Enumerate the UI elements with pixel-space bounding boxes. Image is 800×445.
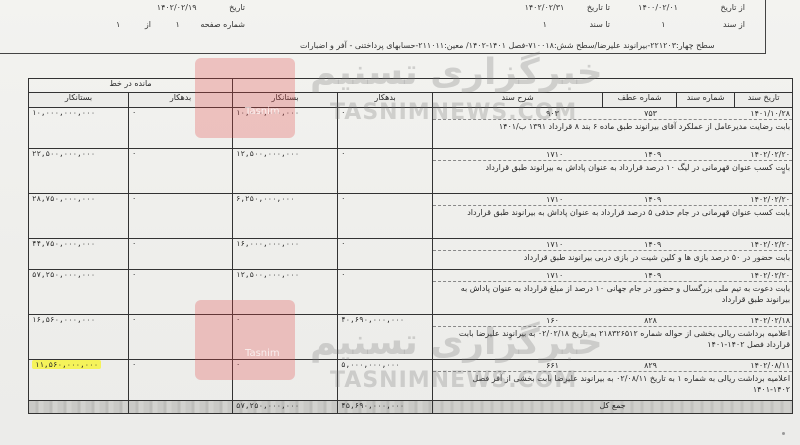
print-date-field: تاریخ ۱۴۰۲/۰۲/۱۹ xyxy=(157,3,245,12)
to-doc-value: ۱ xyxy=(543,20,547,29)
entry-info: ۱۴۰۲/۰۲/۲۰ ۱۴۰۹ ۱۷۱۰ بابت حضور در ۵۰ درص… xyxy=(433,239,793,270)
highlighted-balance: ۱۱,۵۶۰,۰۰۰,۰۰۰ xyxy=(32,360,101,369)
doc-description: بابت کسب عنوان قهرمانی در لیگ ۱۰ درصد قر… xyxy=(433,161,792,174)
table-row: ۱۴۰۲/۰۲/۲۰ ۱۴۰۹ ۱۷۱۰ بابت دعوت به تیم مل… xyxy=(29,270,793,315)
balance-credit-cell: ۴۴,۷۵۰,۰۰۰,۰۰۰ xyxy=(29,239,129,270)
entry-header-line: ۱۴۰۲/۰۲/۲۰ ۱۴۰۹ ۱۷۱۰ xyxy=(433,194,792,206)
doc-number: ۸۲۸ xyxy=(644,316,702,325)
doc-date: ۱۴۰۱/۱۰/۲۸ xyxy=(730,109,790,118)
to-date-value: ۱۴۰۲/۰۲/۳۱ xyxy=(525,3,565,12)
watermark-brand: خبرگزاری تسنیم xyxy=(310,322,603,363)
doc-number: ۱۴۰۹ xyxy=(644,240,702,249)
entry-info: ۱۴۰۲/۰۲/۲۰ ۱۴۰۹ ۱۷۱۰ بابت دعوت به تیم مل… xyxy=(433,270,793,315)
doc-number: ۱۴۰۹ xyxy=(644,195,702,204)
doc-description: بابت دعوت به تیم ملی بزرگسال و حضور در ج… xyxy=(433,282,792,306)
debit-cell: ۰ xyxy=(338,270,433,315)
doc-number: ۱۴۰۹ xyxy=(644,150,702,159)
col-ref-number: شماره عطف xyxy=(603,93,677,108)
to-date-label: تا تاریخ xyxy=(587,3,610,12)
table-row: ۱۴۰۲/۰۲/۲۰ ۱۴۰۹ ۱۷۱۰ بابت حضور در ۵۰ درص… xyxy=(29,239,793,270)
balance-credit-cell: ۵۷,۲۵۰,۰۰۰,۰۰۰ xyxy=(29,270,129,315)
watermark-site: TASNIMNEWS.COM xyxy=(330,368,577,393)
ref-number: ۱۷۱۰ xyxy=(546,271,616,280)
ref-number: ۱۷۱۰ xyxy=(546,240,616,249)
balance-debit-cell: ۰ xyxy=(129,239,233,270)
entry-header-line: ۱۴۰۲/۰۲/۲۰ ۱۴۰۹ ۱۷۱۰ xyxy=(433,149,792,161)
scan-speck xyxy=(782,432,785,435)
page-of-label: از xyxy=(145,20,151,29)
col-doc-date: تاریخ سند xyxy=(735,93,793,108)
page-label: شماره صفحه xyxy=(200,20,245,29)
entry-header-line: ۱۴۰۲/۰۲/۲۰ ۱۴۰۹ ۱۷۱۰ xyxy=(433,270,792,282)
account-path: سطح چهار:۲۲۱۲۰۳-بیرانوند علیرضا/سطح شش:۷… xyxy=(300,41,715,50)
total-label: جمع کل xyxy=(433,401,793,414)
page-number: ۱ xyxy=(176,20,180,29)
watermark-site: TASNIMNEWS.COM xyxy=(330,100,577,125)
balance-debit-cell: ۰ xyxy=(129,194,233,239)
doc-description: بابت کسب عنوان قهرمانی در جام حذفی ۵ درص… xyxy=(433,206,792,219)
ledger-table: مانده در خط تاریخ سند شماره سند شماره عط… xyxy=(28,78,793,414)
print-date-label: تاریخ xyxy=(229,3,245,12)
from-doc-value: ۱ xyxy=(661,20,665,29)
from-date-value: ۱۴۰۰/۰۲/۰۱ xyxy=(638,3,678,12)
scan-speck xyxy=(782,332,785,335)
page-number-field: شماره صفحه ۱ از ۱ xyxy=(116,20,245,29)
print-date-value: ۱۴۰۲/۰۲/۱۹ xyxy=(157,3,197,12)
watermark-brand: خبرگزاری تسنیم xyxy=(310,52,603,93)
doc-date: ۱۴۰۲/۰۲/۱۸ xyxy=(730,316,790,325)
balance-credit-cell: ۱۱,۵۶۰,۰۰۰,۰۰۰ xyxy=(29,360,129,401)
col-balance-credit: بستانکار xyxy=(29,93,129,108)
balance-credit-cell: ۱۶,۵۶۰,۰۰۰,۰۰۰ xyxy=(29,315,129,360)
doc-date: ۱۴۰۲/۰۲/۲۰ xyxy=(730,240,790,249)
credit-cell: ۱۶,۰۰۰,۰۰۰,۰۰۰ xyxy=(233,239,338,270)
to-date-field: تا تاریخ ۱۴۰۲/۰۲/۳۱ xyxy=(525,3,610,12)
entry-info: ۱۴۰۲/۰۲/۲۰ ۱۴۰۹ ۱۷۱۰ بابت کسب عنوان قهرم… xyxy=(433,149,793,194)
total-credit: ۵۷,۲۵۰,۰۰۰,۰۰۰ xyxy=(233,401,338,414)
doc-description: بابت حضور در ۵۰ درصد بازی ها و کلین شیت … xyxy=(433,251,792,264)
debit-cell: ۰ xyxy=(338,194,433,239)
scan-speck xyxy=(782,171,785,174)
ref-number: ۱۷۱۰ xyxy=(546,150,616,159)
from-date-label: از تاریخ xyxy=(720,3,745,12)
total-balance-credit xyxy=(29,401,129,414)
page-total: ۱ xyxy=(116,20,120,29)
debit-cell: ۰ xyxy=(338,239,433,270)
total-row: جمع کل ۴۵,۶۹۰,۰۰۰,۰۰۰ ۵۷,۲۵۰,۰۰۰,۰۰۰ xyxy=(29,401,793,414)
entry-info: ۱۴۰۲/۰۲/۲۰ ۱۴۰۹ ۱۷۱۰ بابت کسب عنوان قهرم… xyxy=(433,194,793,239)
table-row: ۱۴۰۲/۰۲/۲۰ ۱۴۰۹ ۱۷۱۰ بابت کسب عنوان قهرم… xyxy=(29,149,793,194)
total-debit: ۴۵,۶۹۰,۰۰۰,۰۰۰ xyxy=(338,401,433,414)
table-row: ۱۴۰۲/۰۲/۲۰ ۱۴۰۹ ۱۷۱۰ بابت کسب عنوان قهرم… xyxy=(29,194,793,239)
debit-cell: ۰ xyxy=(338,149,433,194)
doc-date: ۱۴۰۲/۰۸/۱۱ xyxy=(730,361,790,370)
tasnim-logo-watermark: Tasnim xyxy=(195,58,295,138)
balance-credit-cell: ۲۸,۷۵۰,۰۰۰,۰۰۰ xyxy=(29,194,129,239)
doc-date: ۱۴۰۲/۰۲/۲۰ xyxy=(730,271,790,280)
balance-credit-cell: ۲۲,۵۰۰,۰۰۰,۰۰۰ xyxy=(29,149,129,194)
doc-number: ۸۲۹ xyxy=(644,361,702,370)
doc-date: ۱۴۰۲/۰۲/۲۰ xyxy=(730,195,790,204)
from-doc-label: از سند xyxy=(723,20,745,29)
tasnim-logo-watermark: Tasnim xyxy=(195,300,295,380)
doc-date: ۱۴۰۲/۰۲/۲۰ xyxy=(730,150,790,159)
logo-text: Tasnim xyxy=(245,106,280,117)
doc-number: ۷۵۳ xyxy=(644,109,702,118)
ref-number: ۱۷۱۰ xyxy=(546,195,616,204)
to-doc-label: تا سند xyxy=(589,20,610,29)
scanned-document: از تاریخ ۱۴۰۰/۰۲/۰۱ تا تاریخ ۱۴۰۲/۰۲/۳۱ … xyxy=(0,0,800,445)
balance-credit-cell: ۱۰,۰۰۰,۰۰۰,۰۰۰ xyxy=(29,108,129,149)
credit-cell: ۶,۲۵۰,۰۰۰,۰۰۰ xyxy=(233,194,338,239)
to-doc-field: تا سند ۱ xyxy=(543,20,610,29)
col-doc-number: شماره سند xyxy=(677,93,735,108)
credit-cell: ۱۲,۵۰۰,۰۰۰,۰۰۰ xyxy=(233,149,338,194)
entry-header-line: ۱۴۰۲/۰۲/۲۰ ۱۴۰۹ ۱۷۱۰ xyxy=(433,239,792,251)
logo-text: Tasnim xyxy=(245,348,280,359)
doc-number: ۱۴۰۹ xyxy=(644,271,702,280)
balance-debit-cell: ۰ xyxy=(129,149,233,194)
total-balance-debit xyxy=(129,401,233,414)
from-doc-field: از سند ۱ xyxy=(661,20,745,29)
from-date-field: از تاریخ ۱۴۰۰/۰۲/۰۱ xyxy=(638,3,745,12)
